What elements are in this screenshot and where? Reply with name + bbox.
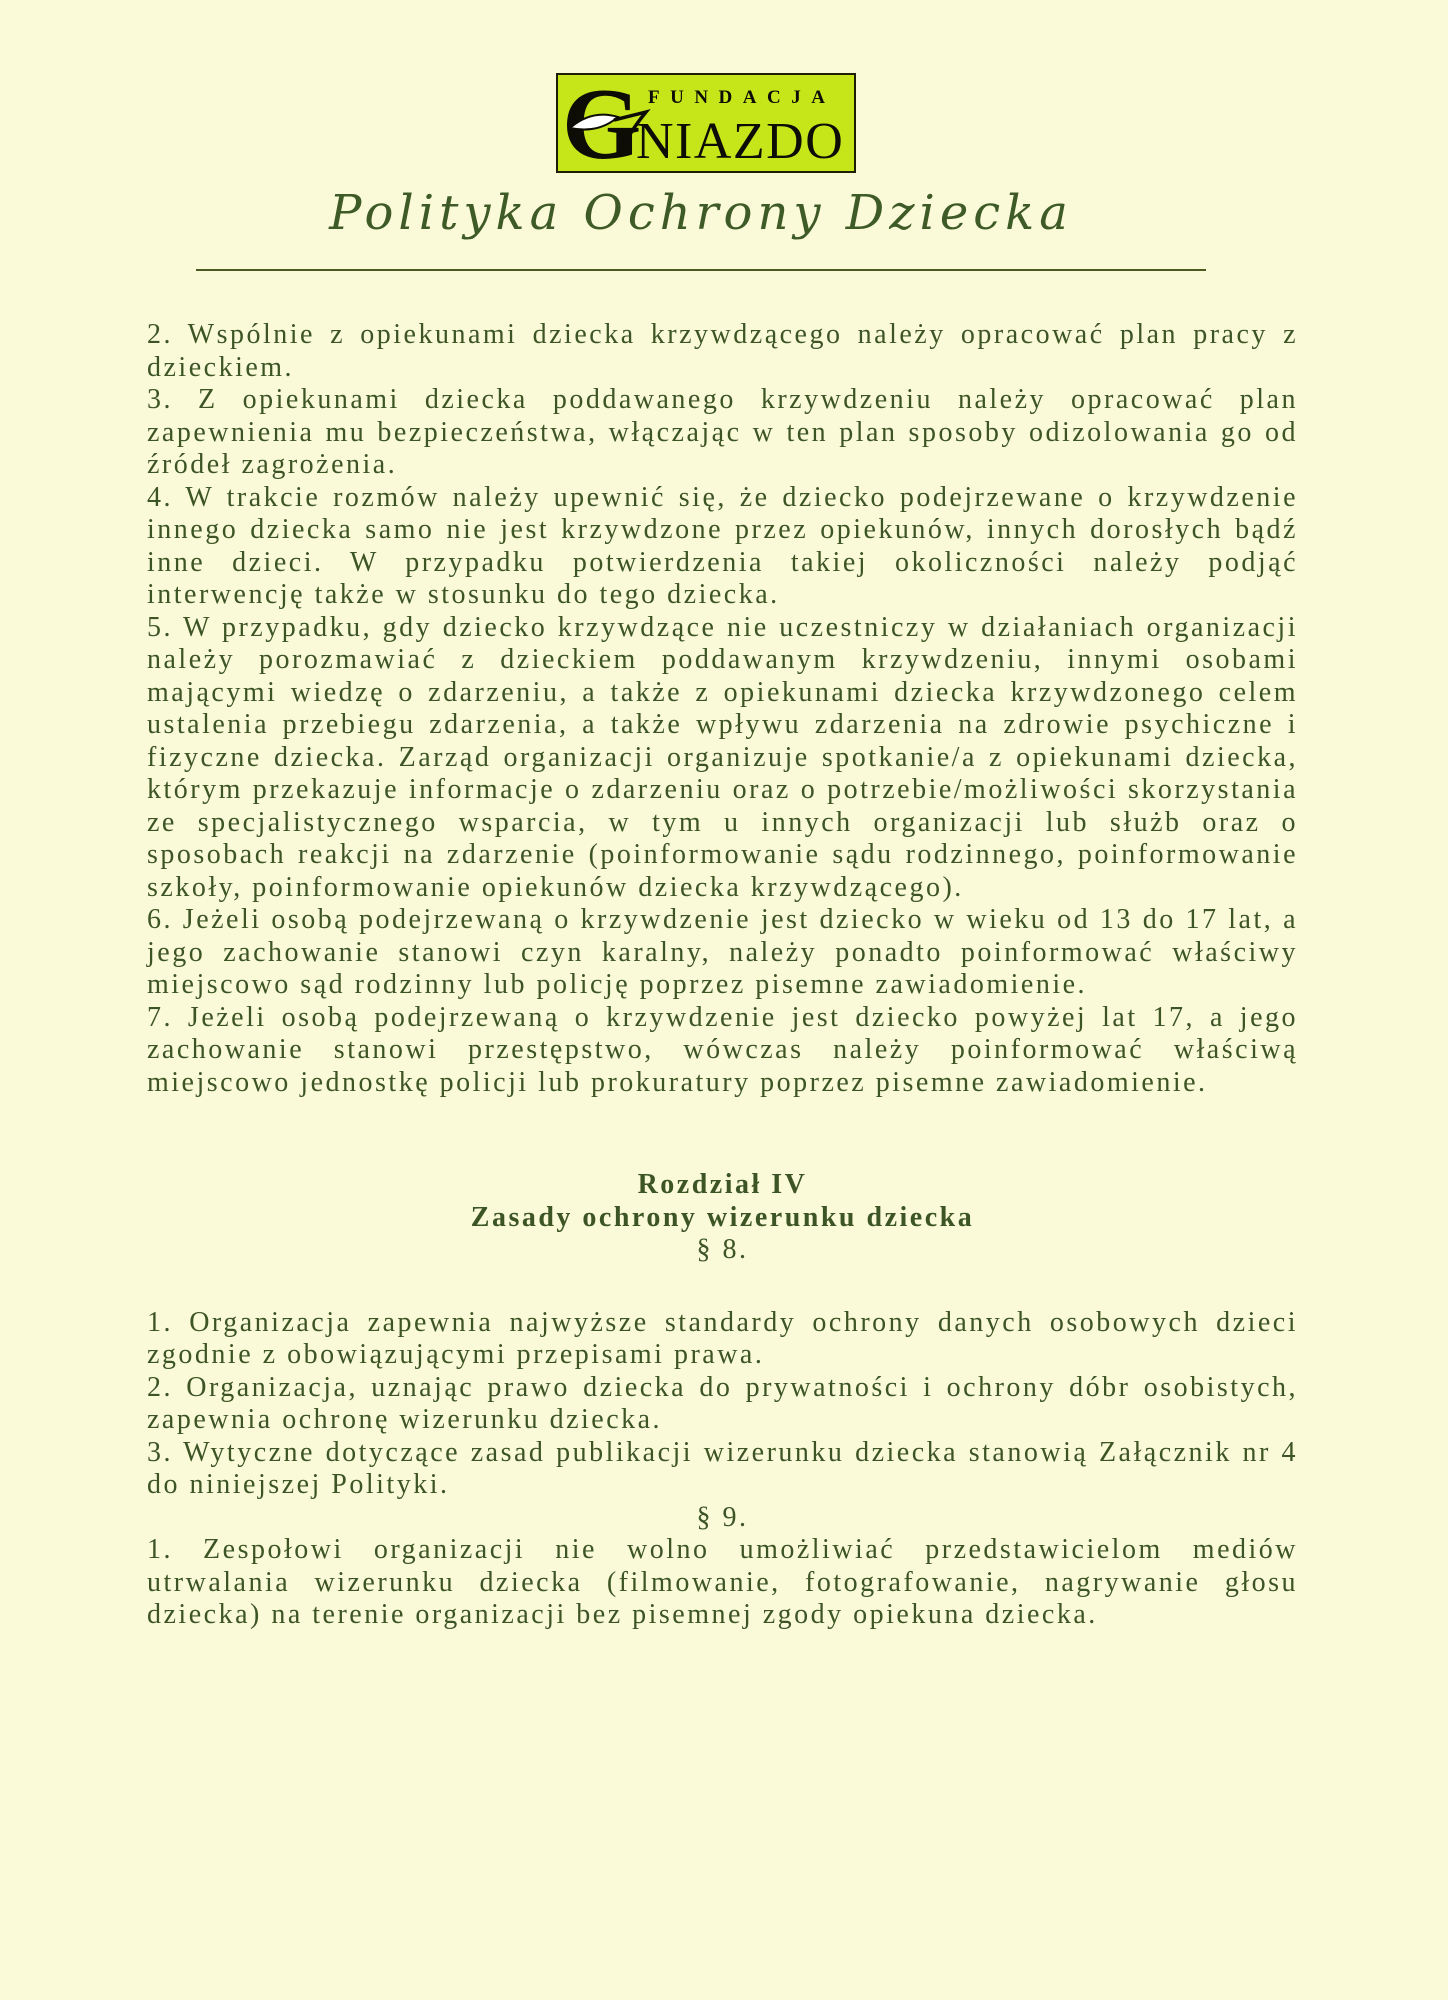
- gniazdo-logo-graphic: G FUNDACJA NIAZDO: [556, 73, 856, 173]
- document-header: G FUNDACJA NIAZDO Polityka Ochrony Dziec…: [0, 73, 1448, 271]
- section-8-body: 1. Organizacja zapewnia najwyższe standa…: [147, 1307, 1298, 1502]
- title-divider: [196, 269, 1206, 271]
- section-8-paragraph-3: 3. Wytyczne dotyczące zasad publikacji w…: [147, 1437, 1298, 1502]
- policy-paragraph-6: 6. Jeżeli osobą podejrzewaną o krzywdzen…: [147, 904, 1298, 1002]
- policy-paragraph-3: 3. Z opiekunami dziecka poddawanego krzy…: [147, 384, 1298, 482]
- section-9-body: 1. Zespołowi organizacji nie wolno umożl…: [147, 1534, 1298, 1632]
- policy-paragraph-7: 7. Jeżeli osobą podejrzewaną o krzywdzen…: [147, 1002, 1298, 1100]
- document-page: G FUNDACJA NIAZDO Polityka Ochrony Dziec…: [0, 0, 1448, 2000]
- section-8-paragraph-1: 1. Organizacja zapewnia najwyższe standa…: [147, 1307, 1298, 1372]
- policy-paragraph-2: 2. Wspólnie z opiekunami dziecka krzywdz…: [147, 319, 1298, 384]
- document-body: 2. Wspólnie z opiekunami dziecka krzywdz…: [147, 319, 1298, 1632]
- chapter-title: Rozdział IV: [147, 1169, 1298, 1202]
- logo-word-niazdo: NIAZDO: [636, 113, 844, 170]
- fundacja-gniazdo-logo: G FUNDACJA NIAZDO: [556, 73, 856, 173]
- logo-word-fundacja: FUNDACJA: [648, 87, 835, 108]
- section-8-mark: § 8.: [147, 1234, 1298, 1267]
- section-8-paragraph-2: 2. Organizacja, uznając prawo dziecka do…: [147, 1372, 1298, 1437]
- policy-paragraph-5: 5. W przypadku, gdy dziecko krzywdzące n…: [147, 612, 1298, 905]
- section-9-mark: § 9.: [147, 1502, 1298, 1535]
- chapter-heading: Rozdział IV Zasady ochrony wizerunku dzi…: [147, 1169, 1298, 1267]
- chapter-subtitle: Zasady ochrony wizerunku dziecka: [147, 1202, 1298, 1235]
- section-9-paragraph-1: 1. Zespołowi organizacji nie wolno umożl…: [147, 1534, 1298, 1632]
- page-title: Polityka Ochrony Dziecka: [196, 183, 1206, 243]
- policy-paragraph-4: 4. W trakcie rozmów należy upewnić się, …: [147, 482, 1298, 612]
